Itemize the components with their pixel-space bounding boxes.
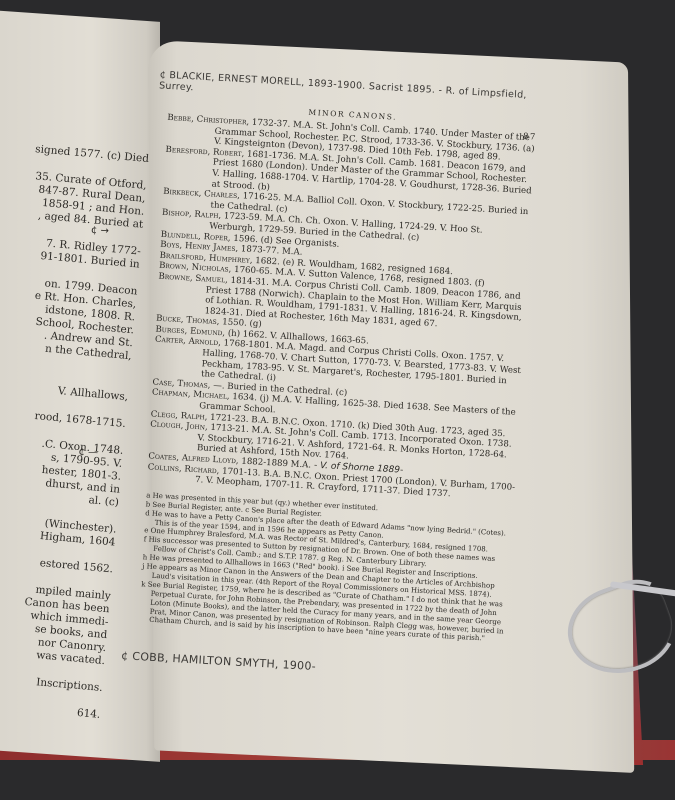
footnotes: a He was presented in this year but (qy.… [139,491,516,645]
entry-name: Bishop, Ralph, [162,208,222,221]
entry-name: Bebbe, Christopher, [167,113,249,128]
annotation-marker: ¢ [159,69,166,80]
entry-list: Bebbe, Christopher, 1732-37. M.A. St. Jo… [147,113,537,504]
right-page-content: ¢ BLACKIE, ERNEST MORELL, 1893-1900. Sac… [137,70,540,684]
entry-name: Clough, John, [150,420,208,433]
section-heading: MINOR CANONS. [308,108,397,122]
